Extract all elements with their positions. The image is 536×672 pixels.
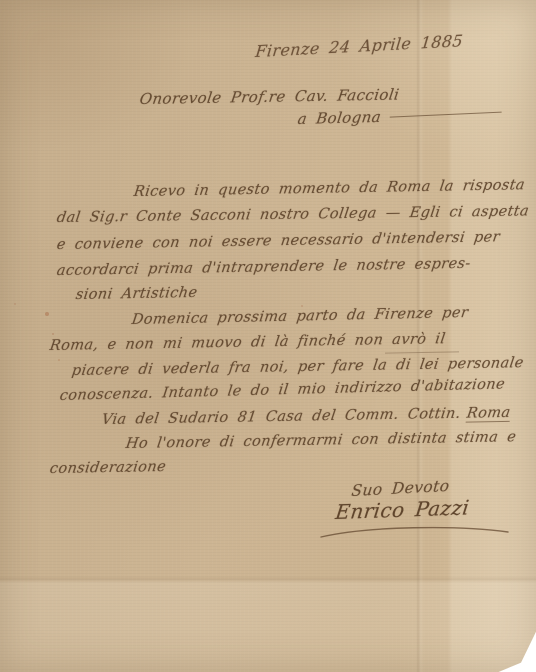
signature-flourish xyxy=(318,524,514,542)
flourish-dash xyxy=(390,111,502,117)
body-line: sioni Artistiche xyxy=(76,285,198,303)
letter-scan: Firenze 24 Aprile 1885 Onorevole Prof.re… xyxy=(0,0,536,672)
address-city-underlined: Roma xyxy=(466,405,512,423)
foxing-spots xyxy=(45,312,49,316)
closing-line: considerazione xyxy=(50,459,166,477)
signature-name: Enrico Pazzi xyxy=(335,495,470,524)
